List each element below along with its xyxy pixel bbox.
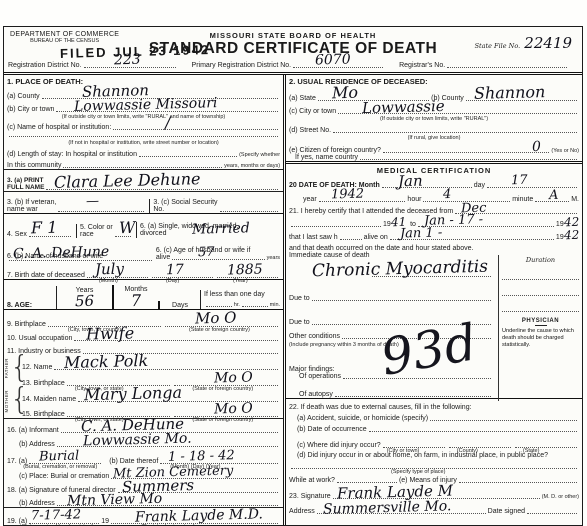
reg-district-line: 223 bbox=[84, 67, 176, 68]
father-name-value: Mack Polk bbox=[64, 353, 149, 371]
signature-label: 23. Signature bbox=[289, 493, 331, 500]
spouse-line: C. A. DeHune bbox=[9, 260, 152, 261]
burial-place-label: (c) Place: Burial or cremation bbox=[19, 473, 109, 480]
registrar-signature-line: Frank Layde M.D. (Registrar's signature) bbox=[111, 523, 278, 524]
death-year-line: 1942 bbox=[319, 201, 406, 202]
spouse-age-cell: 6. (c) Age of husband or wife if alive 5… bbox=[153, 246, 283, 262]
duration-line-2 bbox=[502, 280, 579, 296]
certify-saw-label: that I last saw h bbox=[289, 234, 338, 241]
place-hospital-line-a: / bbox=[113, 129, 278, 130]
father-birthplace-value: Mo O bbox=[214, 370, 253, 385]
external-d-line: (Specify type of place) bbox=[291, 468, 577, 469]
age-days-header: Days bbox=[172, 302, 188, 309]
age-less-header: If less than one day bbox=[204, 291, 265, 298]
country-line bbox=[360, 159, 577, 160]
birthdate-month: July bbox=[95, 262, 124, 278]
mother-birthplace-value: Mo O bbox=[214, 401, 253, 416]
external-a-line bbox=[430, 420, 577, 421]
findings-label: Major findings: bbox=[289, 366, 335, 373]
veteran-line: — bbox=[58, 211, 144, 212]
age-less-cell: If less than one day hr. min. bbox=[200, 290, 283, 309]
death-m-label: M. bbox=[571, 196, 579, 203]
place-heading-text: 1. PLACE OF DEATH: bbox=[7, 77, 83, 86]
external-c-line2: (County) bbox=[449, 447, 511, 448]
place-city-row: (b) City or town Lowwassie Missouri bbox=[4, 100, 283, 113]
certify-y2: 19 bbox=[556, 221, 564, 228]
residence-city-label: (c) City or town bbox=[289, 108, 336, 115]
medical-title-row: MEDICAL CERTIFICATION bbox=[286, 164, 582, 175]
residence-city-note-row: (If outside city or town limits, write "… bbox=[286, 115, 582, 122]
burial-row: 17. (a) Burial (Burial, cremation, or re… bbox=[4, 448, 283, 465]
place-city-value: Lowwassie Missouri bbox=[74, 96, 218, 114]
residence-state-value: Mo bbox=[332, 85, 358, 102]
color-line: W bbox=[115, 236, 131, 237]
autopsy-line bbox=[335, 396, 491, 397]
external-d-fill-row: (Specify type of place) bbox=[286, 459, 582, 470]
color-label: 5. Color or bbox=[80, 224, 113, 231]
veteran-value: — bbox=[86, 195, 99, 208]
age-min-label: min. bbox=[270, 302, 280, 308]
burial-value: Burial bbox=[39, 449, 80, 463]
certify-gap-line bbox=[291, 226, 381, 227]
burial-line: Burial (Burial, cremation, or removal) bbox=[29, 463, 101, 464]
registrar-no-line bbox=[447, 67, 567, 68]
mother-group: MOTHER { 14. Maiden name Mary Longa 15. … bbox=[4, 387, 283, 419]
autopsy-label: Of autopsy bbox=[299, 391, 333, 398]
certify-saw-value: Jan 1 - bbox=[400, 226, 443, 240]
place-city-line: Lowwassie Missouri bbox=[56, 111, 278, 112]
birthdate-label: 7. Birth date of deceased bbox=[7, 272, 85, 279]
veteran-label2: name war bbox=[7, 206, 56, 213]
residence-county-value: Shannon bbox=[474, 84, 546, 102]
death-month-line: Jan bbox=[382, 187, 472, 188]
certify-him-line bbox=[340, 239, 362, 240]
place-hospital-line-row bbox=[4, 131, 283, 138]
place-community-line bbox=[63, 167, 222, 168]
mother-side-label: MOTHER bbox=[4, 390, 9, 413]
citizen-row: (e) Citizen of foreign country? 0 (Yes o… bbox=[286, 141, 582, 154]
place-hospital-value: / bbox=[165, 115, 171, 131]
cause-line: Chronic Myocarditis bbox=[372, 276, 491, 277]
occurred-text: and that death occurred on the date and … bbox=[289, 245, 473, 252]
age-months-value: 7 bbox=[131, 293, 142, 309]
birthdate-year-line: 1885 (Year) bbox=[217, 277, 278, 278]
residence-county-line: Shannon bbox=[466, 100, 577, 101]
informant-address-line: Lowwassie Mo. bbox=[57, 446, 278, 447]
residence-city-line: Lowwassie bbox=[338, 113, 577, 114]
place-community-row: In this community years, months or days) bbox=[4, 158, 283, 170]
state-file-value: 22419 bbox=[524, 34, 572, 52]
death-year-label: year bbox=[303, 196, 317, 203]
veteran-ssn-row: 3. (b) If veteran, name war — 3. (c) Soc… bbox=[4, 192, 283, 214]
state-file-label: State File No. bbox=[475, 42, 521, 50]
due-label-2: Due to bbox=[289, 319, 310, 326]
state-file-no: State File No. 22419 bbox=[475, 36, 572, 51]
birthplace-row: 9. Birthplace (City, town, or county) Mo… bbox=[4, 310, 283, 328]
primary-district-label: Primary Registration District No. bbox=[192, 62, 292, 69]
duration-box: Duration PHYSICIAN Underline the cause t… bbox=[498, 255, 582, 401]
place-stay-label: (d) Length of stay: In hospital or insti… bbox=[7, 151, 137, 158]
death-minute-line: A bbox=[535, 201, 569, 202]
death-day-label: day bbox=[474, 182, 485, 189]
physician-address-row: Address Summersville Mo. Date signed bbox=[286, 500, 582, 515]
death-certificate-scan: DEPARTMENT OF COMMERCE BUREAU OF THE CEN… bbox=[0, 0, 587, 526]
residence-city-value: Lowwassie bbox=[362, 99, 445, 116]
spouse-age-label: 6. (c) Age of husband or wife if bbox=[156, 247, 280, 254]
place-stay-line bbox=[139, 156, 237, 157]
other-conditions-label: Other conditions bbox=[289, 333, 340, 340]
occupation-value: Hwife bbox=[86, 325, 135, 342]
place-community-label: In this community bbox=[7, 162, 61, 169]
marital-cell: 6. (a) Single, widowed, married, divorce… bbox=[136, 222, 283, 238]
residence-street-label: (d) Street No. bbox=[289, 127, 331, 134]
mother-name-label: 14. Maiden name bbox=[22, 396, 76, 403]
reg-district-label: Registration District No. bbox=[8, 62, 82, 69]
citizen-line: 0 bbox=[383, 152, 550, 153]
birthplace-label: 9. Birthplace bbox=[7, 321, 46, 328]
external-c-label: (c) Where did injury occur? bbox=[297, 442, 381, 449]
mother-gutter: MOTHER { bbox=[4, 387, 19, 418]
primary-district-value: 6070 bbox=[315, 53, 351, 68]
sex-value: F 1 bbox=[31, 220, 58, 237]
age-years-value: 56 bbox=[75, 294, 94, 309]
due-row-1: Due to bbox=[286, 278, 496, 302]
place-hospital-line-b bbox=[9, 136, 278, 137]
registrar-signature-value: Frank Layde M.D. bbox=[135, 507, 263, 524]
district-row: Registration District No. 223 Primary Re… bbox=[8, 62, 578, 69]
ssn-line bbox=[220, 211, 279, 212]
registrar-row: 19. (a) 7-17-42 (Date received local reg… bbox=[4, 507, 283, 525]
external-b-line bbox=[369, 431, 577, 432]
residence-heading: 2. USUAL RESIDENCE OF DECEASED: bbox=[289, 77, 428, 86]
ssn-label: 3. (c) Social Security bbox=[153, 199, 217, 206]
veteran-cell: 3. (b) If veteran, name war — bbox=[4, 199, 149, 213]
age-hr-line bbox=[206, 306, 232, 307]
spouse-value: C. A. DeHune bbox=[13, 245, 110, 262]
death-hour-value: 4 bbox=[443, 188, 452, 201]
external-c-line1: (City or town) bbox=[383, 447, 445, 448]
physician-address-value: Summersville Mo. bbox=[323, 499, 452, 516]
place-community-note: years, months or days) bbox=[224, 163, 280, 169]
veteran-label: 3. (b) If veteran, bbox=[7, 199, 56, 206]
sex-cell: 4. Sex F 1 bbox=[4, 231, 76, 238]
work-label: While at work? bbox=[289, 477, 335, 484]
mother-birthplace-line-b: Mo O (State or foreign country) bbox=[174, 416, 278, 417]
occupation-row: 10. Usual occupation Hwife bbox=[4, 328, 283, 342]
place-stay-row: (d) Length of stay: In hospital or insti… bbox=[4, 146, 283, 158]
physician-signature-row: 23. Signature Frank Layde M (M. D. or ot… bbox=[286, 484, 582, 500]
duration-label: Duration bbox=[502, 256, 579, 264]
external-d-label: (d) Did injury occur in or about home, o… bbox=[297, 452, 548, 459]
full-name-row: 3. (a) PRINT FULL NAME Clara Lee Dehune bbox=[4, 170, 283, 192]
received-line: 7-17-42 (Date received local registrar) bbox=[29, 523, 99, 524]
age-min-line bbox=[242, 306, 268, 307]
external-a-row: (a) Accident, suicide, or homicide (spec… bbox=[286, 411, 582, 422]
age-table: 8. AGE: Years 56 Months 7 Days If less t… bbox=[4, 280, 283, 310]
birthdate-row: 7. Birth date of deceased July (Month) 1… bbox=[4, 262, 283, 280]
place-county-label: (a) County bbox=[7, 93, 40, 100]
right-column: 2. USUAL RESIDENCE OF DECEASED: (a) Stat… bbox=[283, 75, 582, 525]
birthdate-year: 1885 bbox=[227, 263, 263, 278]
marital-value: Married bbox=[192, 221, 250, 237]
father-group: FATHER { 12. Name Mack Polk 13. Birthpla… bbox=[4, 355, 283, 387]
age-years-cell: Years 56 bbox=[56, 286, 112, 309]
certificate-body: 1. PLACE OF DEATH: (a) County Shannon (b… bbox=[4, 75, 582, 525]
death-minute-value: A bbox=[549, 189, 559, 202]
age-days-cell: Days bbox=[158, 301, 200, 309]
operations-label: Of operations bbox=[299, 373, 341, 380]
full-name-value: Clara Lee Dehune bbox=[54, 171, 201, 191]
place-hospital-label: (c) Name of hospital or institution: bbox=[7, 124, 111, 131]
received-value: 7-17-42 bbox=[31, 508, 81, 522]
certify-y3: 19 bbox=[556, 234, 564, 241]
spouse-row: 6. (b) Name of husband or wife C. A. DeH… bbox=[4, 238, 283, 262]
external-d-row: (d) Did injury occur in or about home, o… bbox=[286, 449, 582, 459]
medical-title: MEDICAL CERTIFICATION bbox=[377, 166, 491, 175]
death-minute-label: minute bbox=[512, 196, 533, 203]
informant-label: 16. (a) Informant bbox=[7, 427, 59, 434]
place-hospital-note-row: (If not in hospital or institution, writ… bbox=[4, 138, 283, 146]
father-name-row: 12. Name Mack Polk bbox=[19, 355, 283, 371]
death-year-value: 1942 bbox=[330, 188, 363, 202]
director-address-label: (b) Address bbox=[19, 500, 55, 507]
cause-row: Immediate cause of death Chronic Myocard… bbox=[286, 252, 496, 278]
spouse-age-value: 57 bbox=[198, 246, 215, 259]
residence-city-row: (c) City or town Lowwassie bbox=[286, 102, 582, 115]
occupation-line: Hwife bbox=[74, 340, 278, 341]
country-row: If yes, name country bbox=[286, 154, 582, 164]
due-line-1 bbox=[312, 300, 491, 301]
certificate-header: DEPARTMENT OF COMMERCE BUREAU OF THE CEN… bbox=[4, 27, 582, 75]
residence-street-line bbox=[333, 132, 577, 133]
place-city-note-row: (If outside city or town limits, write "… bbox=[4, 113, 283, 120]
certify-y2-value: 42 bbox=[564, 216, 580, 228]
informant-address-label: (b) Address bbox=[19, 441, 55, 448]
birthdate-day: 17 bbox=[166, 263, 184, 277]
certify-saw-line: Jan 1 - bbox=[390, 239, 554, 240]
certify-alive-label: alive on bbox=[364, 234, 388, 241]
birthdate-day-line: 17 (Day) bbox=[152, 277, 213, 278]
death-date-row2: year 1942 hour 4 minute A M. bbox=[286, 189, 582, 203]
registrar-no-label: Registrar's No. bbox=[399, 62, 445, 69]
due-label-1: Due to bbox=[289, 295, 310, 302]
birthdate-month-line: July (Month) bbox=[87, 277, 148, 278]
place-city-label: (b) City or town bbox=[7, 106, 54, 113]
duration-line-3 bbox=[502, 296, 579, 312]
burial-date-label: (b) Date thereof bbox=[109, 458, 158, 465]
death-month-value: Jan bbox=[398, 174, 423, 190]
age-label-cell: 8. AGE: bbox=[4, 301, 56, 309]
full-name-line: Clara Lee Dehune bbox=[46, 189, 278, 190]
cause-label: Immediate cause of death bbox=[289, 252, 370, 259]
informant-address-row: (b) Address Lowwassie Mo. bbox=[4, 434, 283, 448]
duration-line-1 bbox=[502, 264, 579, 280]
certify-row3: that I last saw h alive on Jan 1 - 1942 bbox=[286, 228, 582, 241]
spouse-age-unit: years bbox=[267, 255, 280, 261]
father-rows: 12. Name Mack Polk 13. Birthplace (City,… bbox=[19, 355, 283, 387]
age-hr-label: hr. bbox=[234, 302, 240, 308]
sex-line: F 1 bbox=[29, 236, 71, 237]
external-b-label: (b) Date of occurrence bbox=[297, 426, 367, 433]
cause-value: Chronic Myocarditis bbox=[311, 259, 487, 281]
date-signed-label: Date signed bbox=[488, 508, 525, 515]
color-cell: 5. Color or race W bbox=[76, 224, 136, 238]
full-name-label: FULL NAME bbox=[7, 184, 44, 191]
mother-name-value: Mary Longa bbox=[84, 384, 182, 403]
ssn-label2: No. bbox=[153, 206, 217, 213]
occurred-row: and that death occurred on the date and … bbox=[286, 241, 496, 252]
residence-street-row: (d) Street No. bbox=[286, 122, 582, 134]
father-birthplace-line-b: Mo O (State or foreign country) bbox=[174, 385, 278, 386]
sex-color-marital-row: 4. Sex F 1 5. Color or race W 6. (a) Sin… bbox=[4, 214, 283, 238]
residence-state-label: (a) State bbox=[289, 95, 316, 102]
color-value: W bbox=[118, 220, 135, 236]
death-day-line: 17 bbox=[487, 187, 577, 188]
citizen-value: 0 bbox=[532, 140, 541, 154]
means-line bbox=[459, 482, 577, 483]
sex-label: 4. Sex bbox=[7, 231, 27, 238]
reg-district-value: 223 bbox=[113, 53, 140, 68]
print-label: 3. (a) PRINT bbox=[7, 177, 44, 184]
occupation-label: 10. Usual occupation bbox=[7, 335, 72, 342]
physician-label: PHYSICIAN bbox=[502, 318, 579, 324]
birthplace-line-b: Mo O (State or foreign country) bbox=[165, 326, 278, 327]
external-c-line3: (State) bbox=[515, 447, 577, 448]
mother-birthplace-label: 15. Birthplace bbox=[22, 411, 65, 418]
director-address-value: Mtn View Mo bbox=[67, 492, 163, 508]
certify-y1: 19 bbox=[383, 221, 391, 228]
informant-address-value: Lowwassie Mo. bbox=[83, 432, 192, 449]
place-hospital-row: (c) Name of hospital or institution: / bbox=[4, 120, 283, 131]
physician-address-line: Summersville Mo. bbox=[317, 513, 486, 514]
citizen-label: (e) Citizen of foreign country? bbox=[289, 147, 381, 154]
spouse-age-line: 57 bbox=[172, 259, 264, 260]
father-side-label: FATHER bbox=[4, 358, 9, 378]
certificate-card: DEPARTMENT OF COMMERCE BUREAU OF THE CEN… bbox=[3, 26, 583, 526]
physician-dash bbox=[535, 325, 547, 326]
age-label: 8. AGE: bbox=[7, 302, 32, 309]
mother-rows: 14. Maiden name Mary Longa 15. Birthplac… bbox=[19, 387, 283, 418]
external-heading: 22. If death was due to external causes,… bbox=[289, 404, 472, 411]
certify-y3-value: 42 bbox=[564, 229, 580, 241]
father-name-label: 12. Name bbox=[22, 364, 52, 371]
date-signed-line bbox=[527, 513, 577, 514]
birthplace-value: Mo O bbox=[195, 310, 237, 326]
ssn-cell: 3. (c) Social Security No. bbox=[149, 199, 283, 213]
primary-district-line: 6070 bbox=[293, 67, 383, 68]
color-label2: race bbox=[80, 231, 113, 238]
received-year-label: 19 bbox=[101, 518, 109, 525]
external-c-row: (c) Where did injury occur? (City or tow… bbox=[286, 433, 582, 449]
death-hour-label: hour bbox=[407, 196, 421, 203]
age-months-cell: Months 7 bbox=[112, 285, 158, 309]
external-a-label: (a) Accident, suicide, or homicide (spec… bbox=[297, 415, 428, 422]
external-b-row: (b) Date of occurrence bbox=[286, 422, 582, 433]
burial-date-value: 1 - 18 - 42 bbox=[168, 449, 235, 464]
underline-note: Underline the cause to which death shoul… bbox=[502, 328, 579, 349]
director-address-row: (b) Address Mtn View Mo bbox=[4, 494, 283, 507]
country-label: If yes, name country bbox=[295, 154, 358, 161]
death-day-value: 17 bbox=[511, 174, 528, 187]
spouse-name-cell: 6. (b) Name of husband or wife C. A. DeH… bbox=[4, 253, 153, 262]
physician-address-label: Address bbox=[289, 508, 315, 515]
spouse-age-label2: alive bbox=[156, 254, 170, 261]
left-column: 1. PLACE OF DEATH: (a) County Shannon (b… bbox=[4, 75, 283, 525]
